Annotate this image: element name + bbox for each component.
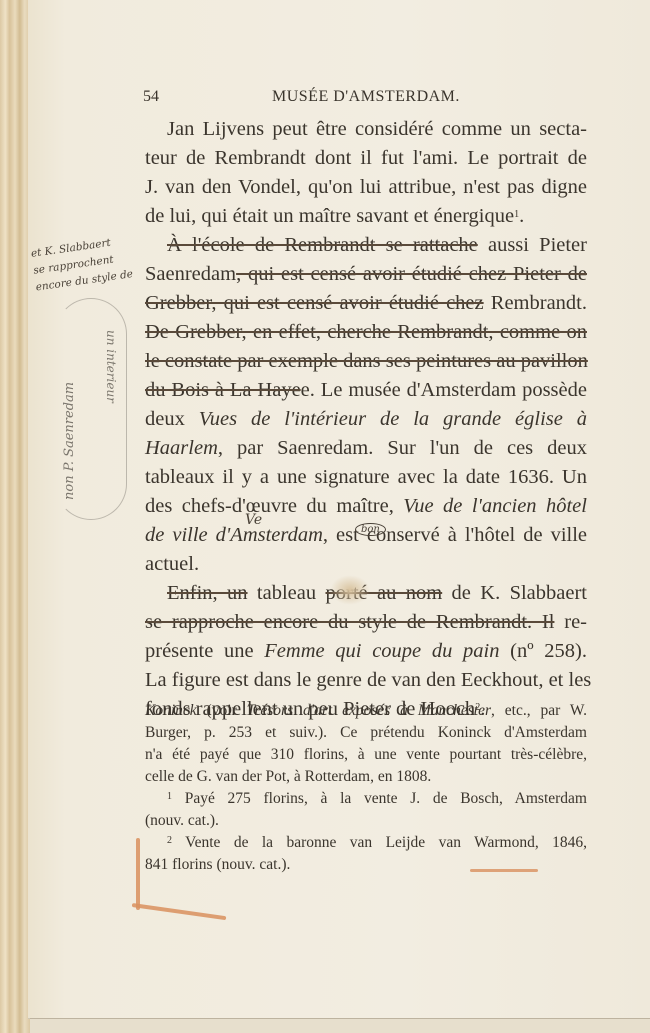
footnote-line: Burger, p. 253 et suiv.). Ce prétendu Ko… xyxy=(145,722,587,744)
footnote-line: n'a été payé que 310 florins, à une vent… xyxy=(145,744,587,766)
text-line: Saenredam, qui est censé avoir étudié ch… xyxy=(145,260,587,289)
margin-pencil-note: non P. Saenredam xyxy=(62,382,77,500)
text-line: présente une Femme qui coupe du pain (nº… xyxy=(145,637,587,666)
text-line: À l'école de Rembrandt se rattache aussi… xyxy=(145,231,587,260)
book-binding-edge xyxy=(0,0,30,1033)
footnote-2: 2 Vente de la baronne van Leijde van War… xyxy=(145,832,587,854)
text-line: teur de Rembrandt dont il fut l'ami. Le … xyxy=(145,144,587,173)
text-line: J. van den Vondel, qu'on lui attribue, n… xyxy=(145,173,587,202)
footnote-line: 841 florins (nouv. cat.). xyxy=(145,854,587,876)
running-head: MUSÉE D'AMSTERDAM. xyxy=(272,88,460,106)
struck-text: le constate par exemple dans ses peintur… xyxy=(145,347,587,376)
footnote-line: (nouv. cat.). xyxy=(145,810,587,832)
struck-text: De Grebber, en effet, cherche Rembrandt,… xyxy=(145,318,587,347)
text-line: deux Vues de l'intérieur de la grande ég… xyxy=(145,405,587,434)
text-line: se rapproche encore du style de Rembrand… xyxy=(145,608,587,637)
text-line: Grebber, qui est censé avoir étudié chez… xyxy=(145,289,587,318)
footnote-line: Koninck (voir Trésors d'art exposés à Ma… xyxy=(145,700,587,722)
interlinear-correction: Ve xyxy=(245,512,262,528)
text-line: Haarlem, par Saenredam. Sur l'un de ces … xyxy=(145,434,587,463)
main-text: Jan Lijvens peut être considéré comme un… xyxy=(145,115,587,724)
circled-annotation: bon xyxy=(355,523,386,536)
footnote-line: celle de G. van der Pot, à Rotterdam, en… xyxy=(145,766,587,788)
text-line: Jan Lijvens peut être considéré comme un… xyxy=(145,115,587,144)
paper-stain xyxy=(330,575,370,605)
footnote-1: 1 Payé 275 florins, à la vente J. de Bos… xyxy=(145,788,587,810)
text-line: La figure est dans le genre de van den E… xyxy=(145,666,587,695)
struck-text: À l'école de Rembrandt se rattache xyxy=(167,234,478,256)
page-number: 54 xyxy=(143,88,159,106)
text-line: de lui, qui était un maître savant et én… xyxy=(145,202,587,231)
struck-text: se rapproche encore du style de Rembrand… xyxy=(145,611,554,633)
page-bottom-edge xyxy=(30,1018,650,1033)
footnote-ref: 1 xyxy=(514,209,519,220)
orange-crayon-mark xyxy=(136,838,140,910)
orange-crayon-underline xyxy=(470,869,538,872)
struck-text: Enfin, un xyxy=(167,582,248,604)
text-line: du Bois à La Hayee. Le musée d'Amsterdam… xyxy=(145,376,587,405)
struck-text: , qui est censé avoir étudié chez Pieter… xyxy=(236,263,587,285)
struck-text: du Bois à La Haye xyxy=(145,379,301,401)
struck-text: Grebber, qui est censé avoir étudié chez xyxy=(145,292,484,314)
text-line: des chefs-d'œuvre du maître, Vue de l'an… xyxy=(145,492,587,521)
text-line: tableaux il y a une signature avec la da… xyxy=(145,463,587,492)
margin-pencil-note: un interieur xyxy=(104,330,118,403)
footnotes: Koninck (voir Trésors d'art exposés à Ma… xyxy=(145,700,587,876)
